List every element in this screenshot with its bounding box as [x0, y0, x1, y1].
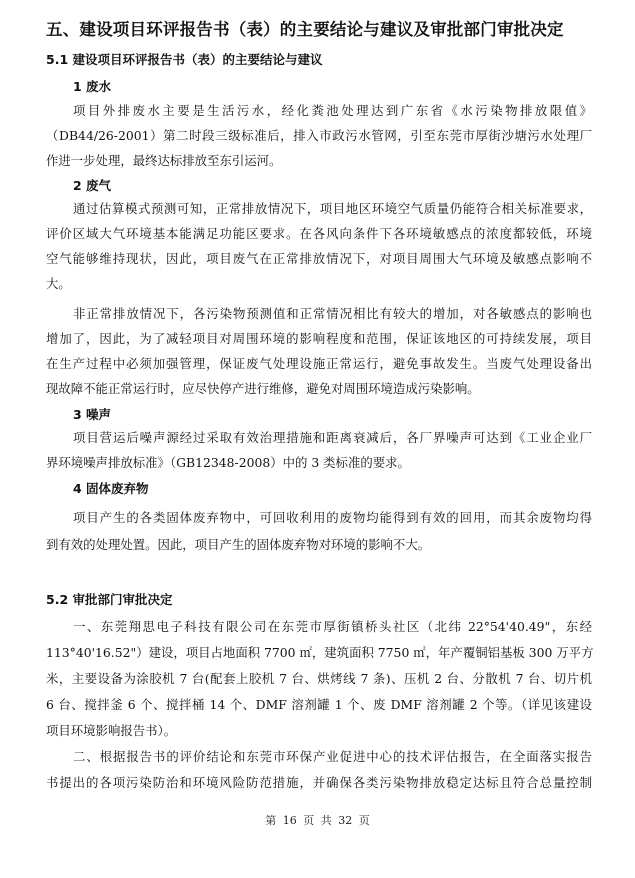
approval-item1-line-5: 项目环境影响报告书）。 — [46, 721, 592, 739]
approval-item2-line-2: 书提出的各项污染防治和环境风险防范措施，并确保各类污染物排放稳定达标且符合总量控… — [46, 773, 592, 791]
document-page: 五、建设项目环评报告书（表）的主要结论与建议及审批部门审批决定 5.1 建设项目… — [0, 0, 635, 878]
wastewater-line-2: （DB44/26-2001）第二时段三级标准后，排入市政污水管网，引至东莞市厚街… — [46, 126, 592, 144]
noise-line-1: 项目营运后噪声源经过采取有效治理措施和距离衰减后，各厂界噪声可达到《工业企业厂 — [73, 428, 592, 446]
subheading-wastewater: 1 废水 — [73, 77, 111, 95]
approval-item2-line-1: 二、根据报告书的评价结论和东莞市环保产业促进中心的技术评估报告，在全面落实报告 — [73, 747, 592, 765]
exhaust-p2-line-1: 非正常排放情况下，各污染物预测值和正常情况相比有较大的增加，对各敏感点的影响也 — [73, 304, 592, 322]
wastewater-line-3: 作进一步处理，最终达标排放至东引运河。 — [46, 151, 592, 169]
page-number-footer: 第 16 页 共 32 页 — [0, 812, 635, 828]
exhaust-p2-line-3: 在生产过程中必须加强管理，保证废气处理设施正常运行，避免事故发生。当废气处理设备… — [46, 354, 592, 372]
solid-waste-line-1: 项目产生的各类固体废弃物中，可回收利用的废物均能得到有效的回用，而其余废物均得 — [73, 508, 592, 526]
subheading-solid-waste: 4 固体废弃物 — [73, 479, 149, 497]
approval-item1-line-4: 6 台、搅拌釜 6 个、搅拌桶 14 个、DMF 溶剂罐 1 个、废 DMF 溶… — [46, 695, 592, 713]
exhaust-p1-line-1: 通过估算模式预测可知，正常排放情况下，项目地区环境空气质量仍能符合相关标准要求， — [73, 199, 592, 217]
exhaust-p1-line-4: 大。 — [46, 274, 592, 292]
noise-line-2: 界环境噪声排放标准》（GB12348-2008）中的 3 类标准的要求。 — [46, 453, 592, 471]
page-title: 五、建设项目环评报告书（表）的主要结论与建议及审批部门审批决定 — [46, 16, 564, 40]
section-heading-5-1: 5.1 建设项目环评报告书（表）的主要结论与建议 — [46, 50, 323, 68]
approval-item1-line-2: 113°40'16.52"）建设，项目占地面积 7700 ㎡，建筑面积 7750… — [46, 643, 592, 661]
subheading-noise: 3 噪声 — [73, 405, 111, 423]
solid-waste-line-2: 到有效的处理处置。因此，项目产生的固体废弃物对环境的影响不大。 — [46, 535, 592, 553]
subheading-exhaust-gas: 2 废气 — [73, 176, 111, 194]
approval-item1-line-3: 米，主要设备为涂胶机 7 台(配套上胶机 7 台、烘烤线 7 条)、压机 2 台… — [46, 669, 592, 687]
wastewater-line-1: 项目外排废水主要是生活污水，经化粪池处理达到广东省《水污染物排放限值》 — [73, 101, 592, 119]
exhaust-p2-line-4: 现故障不能正常运行时，应尽快停产进行维修，避免对周围环境造成污染影响。 — [46, 379, 592, 397]
exhaust-p1-line-3: 空气能够维持现状，因此，项目废气在正常排放情况下，对项目周围大气环境及敏感点影响… — [46, 249, 592, 267]
exhaust-p2-line-2: 增加了，因此，为了减轻项目对周围环境的影响程度和范围，保证该地区的可持续发展，项… — [46, 329, 592, 347]
exhaust-p1-line-2: 评价区域大气环境基本能满足功能区要求。在各风向条件下各环境敏感点的浓度都较低，环… — [46, 224, 592, 242]
section-heading-5-2: 5.2 审批部门审批决定 — [46, 590, 173, 608]
approval-item1-line-1: 一、东莞翔思电子科技有限公司在东莞市厚街镇桥头社区（北纬 22°54'40.49… — [73, 617, 592, 635]
